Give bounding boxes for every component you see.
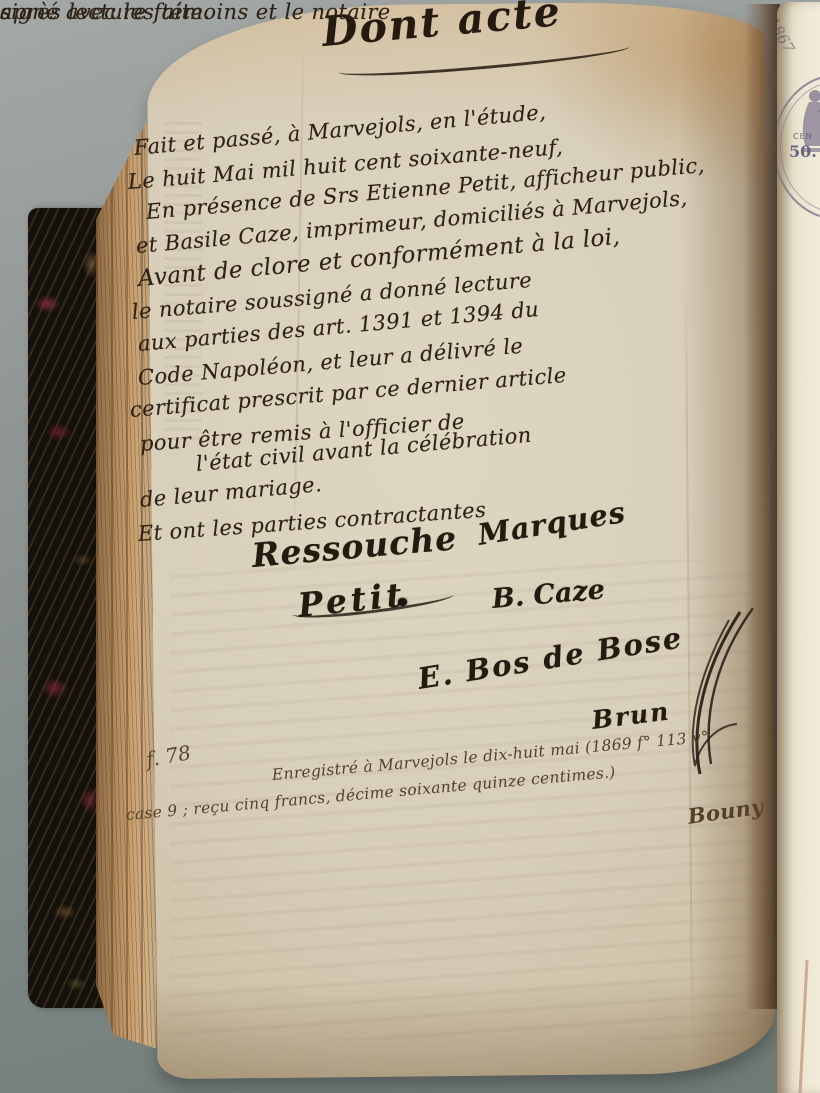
facing-page-edge-line: [798, 960, 808, 1093]
stamp-label: CEN: [793, 132, 813, 141]
signature-marques: Marques: [475, 495, 628, 552]
photograph-of-notarial-register: Dont acte Fait et passé, à Marvejols, en…: [0, 0, 820, 1093]
folio-margin-note: f. 78: [144, 740, 192, 771]
act-text-block: Dont acte Fait et passé, à Marvejols, en…: [0, 0, 820, 1093]
act-body-line: de leur mariage.: [139, 472, 323, 512]
act-body-line: après lecture faite.: [0, 0, 210, 24]
facing-page-handwriting-fragment: 1867: [777, 14, 798, 56]
book-gutter-shadow: [744, 4, 780, 1009]
stamp-denomination: 50.: [789, 142, 817, 161]
revenue-stamp: CEN 50.: [777, 74, 820, 220]
ink-blot: [398, 598, 407, 606]
facing-page-edge: 1867 CEN 50.: [777, 2, 820, 1093]
signature-caze: B. Caze: [491, 574, 606, 615]
